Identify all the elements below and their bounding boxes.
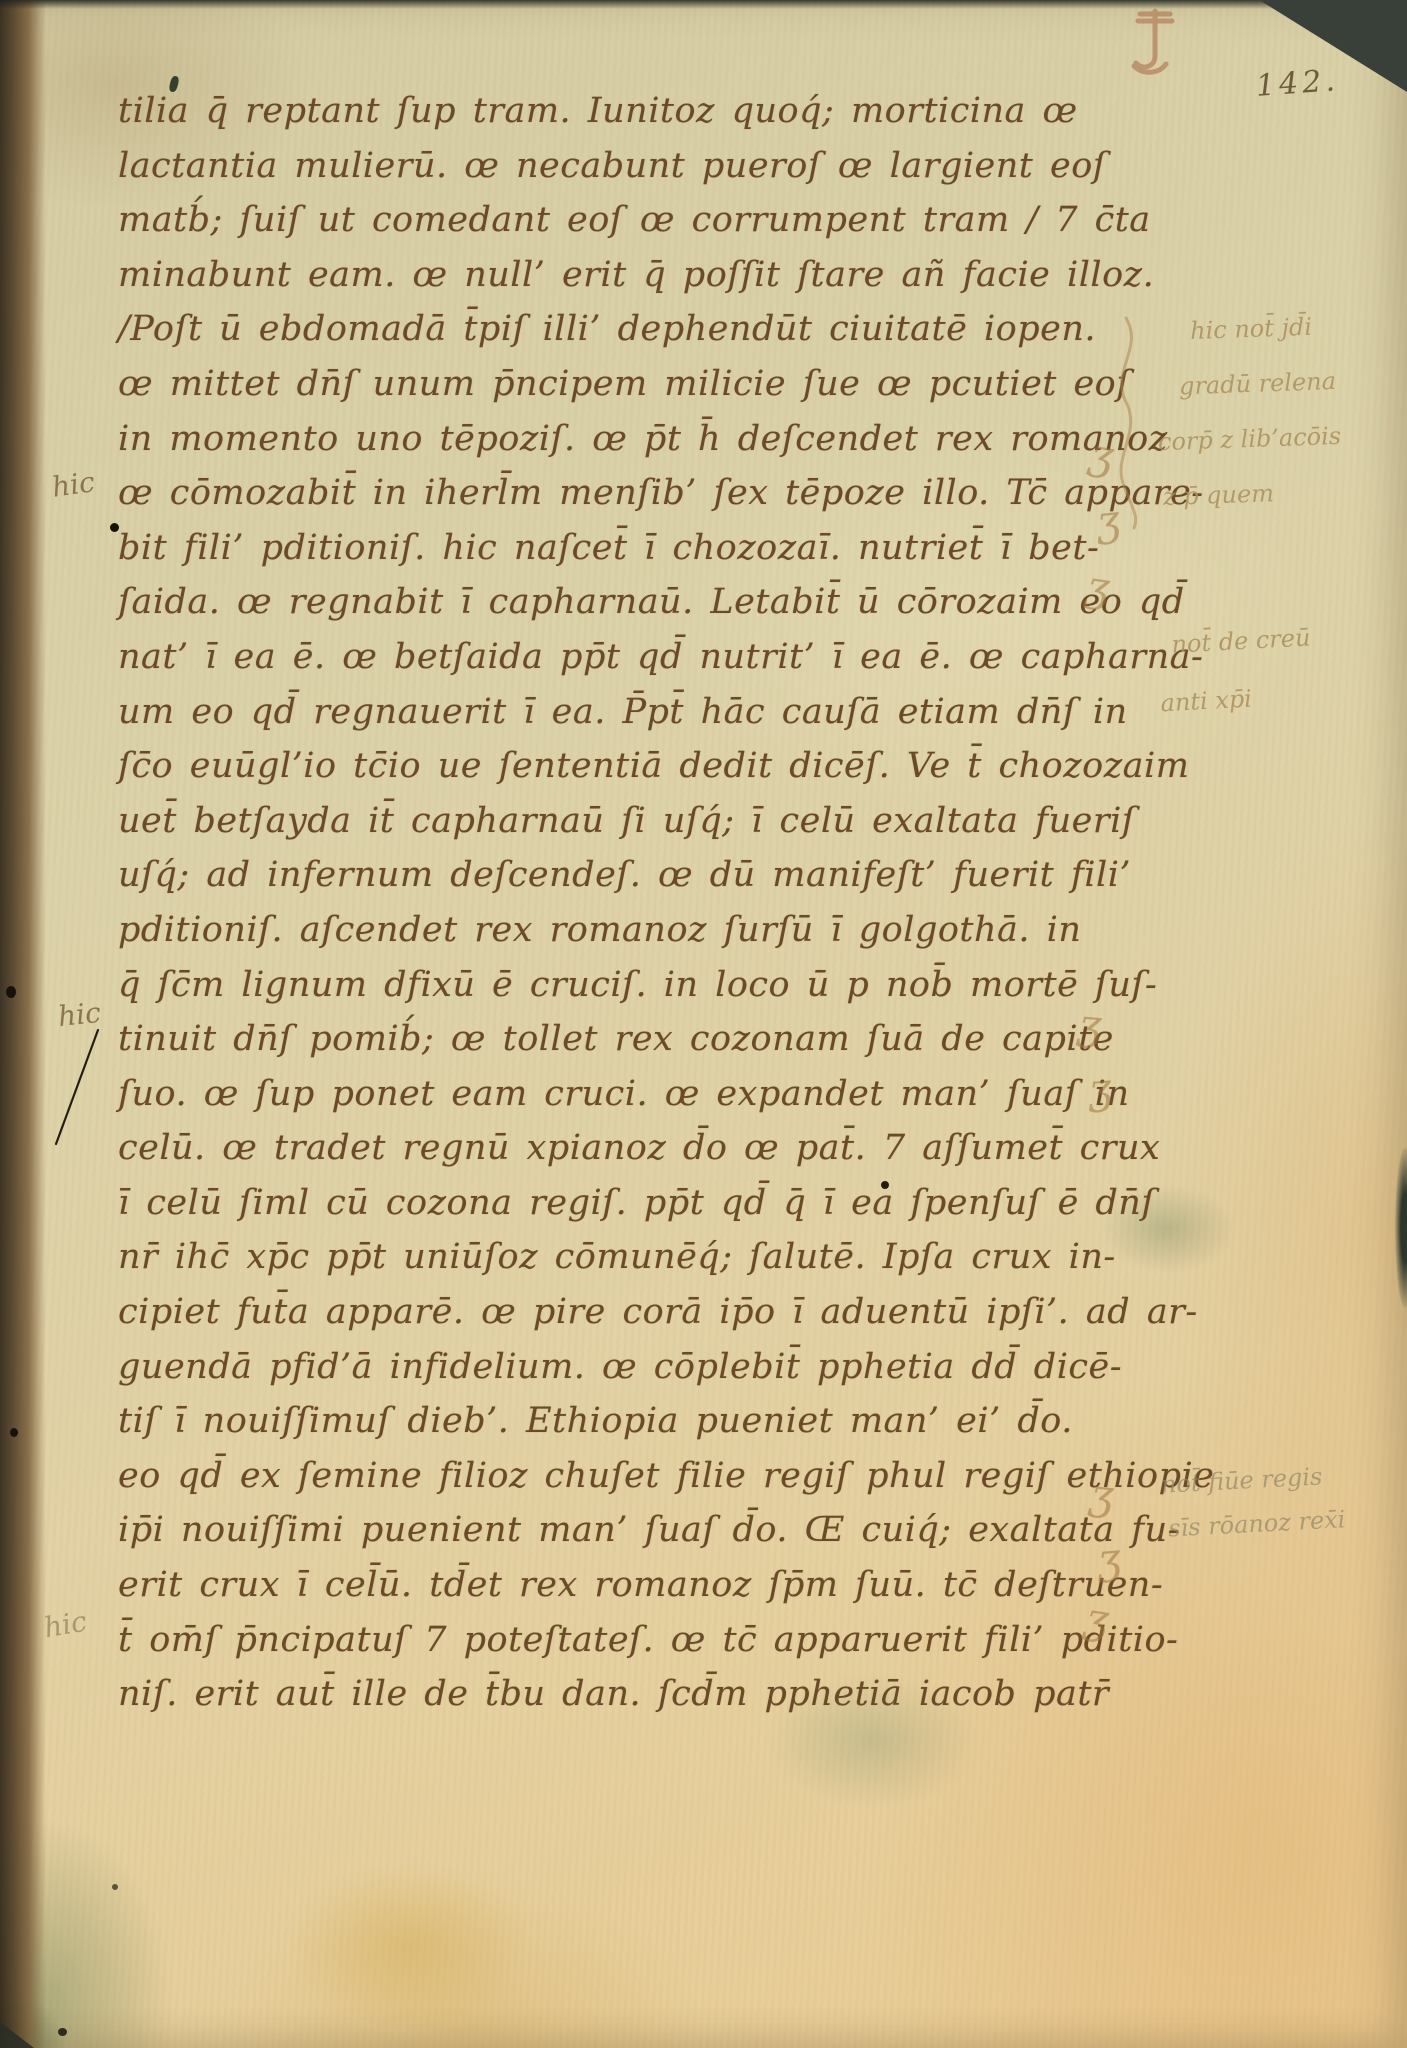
manuscript-line: niſ. erit aut̄ ille de t̄bu dan. ſcd̄m p… xyxy=(118,1667,1128,1722)
ink-dot xyxy=(6,986,16,998)
manuscript-line: tilia q̄ reptant ſup tram. Iunitoz quoq́… xyxy=(118,84,1128,139)
margin-note-hic: hic xyxy=(50,465,97,504)
margin-annotation-line: hic not̄ jd̄i xyxy=(1189,299,1338,359)
manuscript-line: bit fili’ pditioniſ. hic naſcet̄ ī chozo… xyxy=(118,521,1128,576)
manuscript-line: uet̄ betſayda it̄ capharnaū ſi uſq́; ī c… xyxy=(118,794,1128,849)
manuscript-line: œ mittet dn̄ſ unum p̄ncipem milicie ſue … xyxy=(118,357,1128,412)
manuscript-line: tiſ ī nouiſſimuſ dieb’. Ethiopia pueniet… xyxy=(118,1394,1128,1449)
manuscript-line: t̄ om̄ſ p̄ncipatuſ 7 poteſtateſ. œ tc̄ a… xyxy=(118,1613,1128,1668)
folio-number: 142. xyxy=(1255,63,1340,104)
manuscript-line: pditioniſ. aſcendet rex romanoz ſurſū ī … xyxy=(118,903,1128,958)
margin-annotation-line: z p̄ quem xyxy=(1162,464,1344,525)
line-filler-flourish: ʒ xyxy=(1076,999,1104,1050)
page-photo: 142. tilia q̄ reptant ſup tram. Iunitoz … xyxy=(0,0,1407,2048)
margin-annotation-line: anti xp̄i xyxy=(1159,666,1315,732)
correction-slash-mark xyxy=(52,1028,102,1148)
ink-dot xyxy=(112,1884,118,1890)
line-filler-flourish: ʒ xyxy=(1086,1063,1113,1114)
margin-annotation: not̄ de creū anti xp̄i xyxy=(1170,608,1315,731)
line-filler-flourish xyxy=(1108,316,1148,531)
manuscript-line: œ cōmozabit̄ in iherl̄m menſib’ ſex tēpo… xyxy=(118,466,1128,521)
manuscript-line: guendā pfid’ā infidelium. œ cōplebit̄ pp… xyxy=(118,1340,1128,1395)
photo-edge-shadow xyxy=(0,0,1407,9)
manuscript-line: ī celū ſiml cū cozona regiſ. pp̄t qd̄ q̄… xyxy=(118,1176,1128,1231)
margin-annotation: hic not̄ jd̄i gradū relena corp̄ z lib’a… xyxy=(1153,299,1344,525)
manuscript-line: tinuit dn̄ſ pomib́; œ tollet rex cozonam… xyxy=(118,1012,1128,1067)
margin-annotation-line: not̄ de creū xyxy=(1170,608,1312,673)
manuscript-text-block: tilia q̄ reptant ſup tram. Iunitoz quoq́… xyxy=(118,84,1128,1722)
manuscript-line: uſq́; ad infernum deſcendeſ. œ dū manife… xyxy=(118,848,1128,903)
margin-annotation-line: sīs rōanoz rex̄i xyxy=(1167,1497,1346,1550)
manuscript-line: eo qd̄ ex ſemine filioz chuſet filie reg… xyxy=(118,1449,1128,1504)
manuscript-line: um eo qd̄ regnauerit ī ea. P̄pt̄ hāc cau… xyxy=(118,685,1128,740)
manuscript-line: lactantia mulierū. œ necabunt pueroſ œ l… xyxy=(118,139,1128,194)
margin-annotation: not̄ fiūe regis sīs rōanoz rex̄i xyxy=(1160,1453,1347,1550)
scribal-monogram-icon xyxy=(1122,6,1188,80)
manuscript-line: q̄ ſc̄m lignum dfixū ē cruciſ. in loco ū… xyxy=(118,958,1128,1013)
manuscript-line: matb́; ſuiſ ut comedant eoſ œ corrumpent… xyxy=(118,193,1128,248)
margin-annotation-line: corp̄ z lib’acōis xyxy=(1157,409,1342,470)
manuscript-line: ſc̄o euūgl’io tc̄io ue ſententiā dedit d… xyxy=(118,739,1128,794)
ink-dot xyxy=(10,1428,18,1437)
manuscript-line: minabunt eam. œ null’ erit q̄ poſſit ſta… xyxy=(118,248,1128,303)
manuscript-line: /Poſt ū ebdomadā t̄piſ illi’ dephendūt c… xyxy=(118,302,1128,357)
line-filler-flourish: ʒ xyxy=(1095,1533,1123,1584)
manuscript-line: erit crux ī cel̄ū. td̄et rex romanoz ſp̄… xyxy=(118,1558,1128,1613)
manuscript-line: nr̄ ihc̄ xp̄c pp̄t uniūſoz cōmunēq́; ſal… xyxy=(118,1230,1128,1285)
manuscript-line: celū. œ tradet regnū xpianoz d̄o œ pat̄.… xyxy=(118,1121,1128,1176)
ink-dot xyxy=(881,1181,889,1189)
manuscript-line: ſuo. œ ſup ponet eam cruci. œ expandet m… xyxy=(118,1067,1128,1122)
manuscript-line: in momento uno tēpoziſ. œ p̄t h̄ deſcend… xyxy=(118,412,1128,467)
manuscript-line: nat’ ī ea ē. œ betſaida pp̄t qd̄ nutrit’… xyxy=(118,630,1128,685)
manuscript-line: cipiet fut̄a apparē. œ pire corā ip̄o ī … xyxy=(118,1285,1128,1340)
binding-gutter xyxy=(0,0,46,2048)
manuscript-line: ſaida. œ regnabit ī capharnaū. Letabit̄ … xyxy=(118,575,1128,630)
margin-annotation-line: gradū relena xyxy=(1178,354,1340,415)
ink-dot xyxy=(58,2028,67,2036)
ink-dot xyxy=(110,523,119,532)
manuscript-line: ip̄i nouiſſimi puenient man’ ſuaſ d̄o. Œ… xyxy=(118,1503,1128,1558)
line-filler-flourish: ʒ xyxy=(1088,1469,1117,1520)
